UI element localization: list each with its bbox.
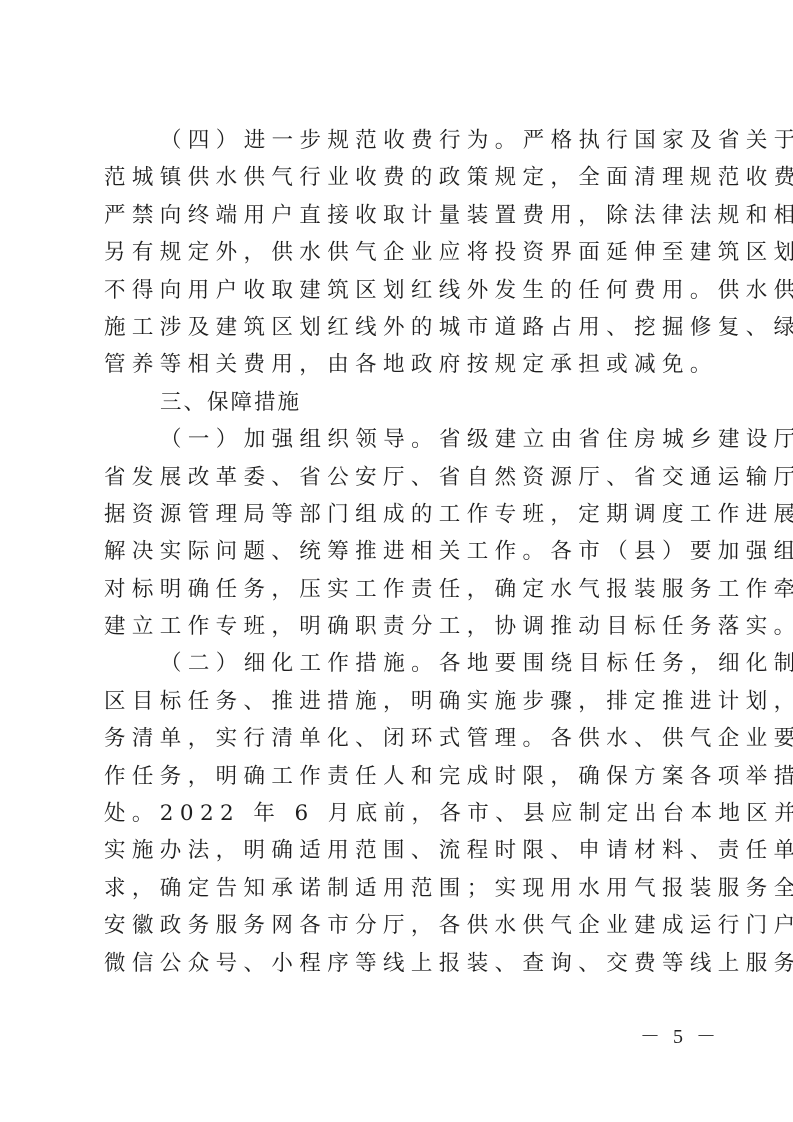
paragraph-line: 严禁向终端用户直接收取计量装置费用，除法律法规和相关政策 (104, 197, 694, 234)
paragraph-line: 不得向用户收取建筑区划红线外发生的任何费用。供水供气企业 (104, 272, 694, 309)
paragraph-one-organization-leadership: （一）加强组织领导。省级建立由省住房城乡建设厅牵头， 省发展改革委、省公安厅、省… (104, 421, 694, 645)
paragraph-line: 建立工作专班，明确职责分工，协调推动目标任务落实。 (104, 608, 694, 645)
paragraph-line: （一）加强组织领导。省级建立由省住房城乡建设厅牵头， (104, 421, 694, 458)
paragraph-line: 区目标任务、推进措施，明确实施步骤，排定推进计划，建立任 (104, 683, 694, 720)
paragraph-line: 另有规定外，供水供气企业应将投资界面延伸至建筑区划红线， (104, 234, 694, 271)
paragraph-line: 施工涉及建筑区划红线外的城市道路占用、挖掘修复、绿化迁移 (104, 309, 694, 346)
paragraph-line: 据资源管理局等部门组成的工作专班，定期调度工作进展、协调 (104, 496, 694, 533)
paragraph-line: 作任务，明确工作责任人和完成时限，确保方案各项举措落到实 (104, 758, 694, 795)
paragraph-line: （四）进一步规范收费行为。严格执行国家及省关于清理规 (104, 122, 694, 159)
paragraph-two-work-measures: （二）细化工作措施。各地要围绕目标任务，细化制定本地 区目标任务、推进措施，明确… (104, 645, 694, 982)
paragraph-line: 省发展改革委、省公安厅、省自然资源厅、省交通运输厅、省数 (104, 459, 694, 496)
paragraph-line: 处。2022 年 6 月底前，各市、县应制定出台本地区并联审批具体 (104, 795, 694, 832)
section-heading: 三、保障措施 (104, 384, 694, 421)
paragraph-line: 求，确定告知承诺制适用范围；实现用水用气报装服务全部上线 (104, 870, 694, 907)
document-body: （四）进一步规范收费行为。严格执行国家及省关于清理规 范城镇供水供气行业收费的政… (104, 122, 694, 982)
paragraph-line: 微信公众号、小程序等线上报装、查询、交费等线上服务平台。 (104, 945, 694, 982)
paragraph-line: 范城镇供水供气行业收费的政策规定，全面清理规范收费行为， (104, 159, 694, 196)
paragraph-line: 管养等相关费用，由各地政府按规定承担或减免。 (104, 346, 694, 383)
page-number: － 5 － (640, 1020, 720, 1049)
document-page: （四）进一步规范收费行为。严格执行国家及省关于清理规 范城镇供水供气行业收费的政… (0, 0, 793, 1122)
section-heading-safeguards: 三、保障措施 (104, 384, 694, 421)
paragraph-line: 解决实际问题、统筹推进相关工作。各市（县）要加强组织领导， (104, 533, 694, 570)
paragraph-line: （二）细化工作措施。各地要围绕目标任务，细化制定本地 (104, 645, 694, 682)
paragraph-line: 对标明确任务，压实工作责任，确定水气报装服务工作牵头部门， (104, 571, 694, 608)
paragraph-line: 安徽政务服务网各市分厅，各供水供气企业建成运行门户网站或 (104, 907, 694, 944)
paragraph-four-regulate-fees: （四）进一步规范收费行为。严格执行国家及省关于清理规 范城镇供水供气行业收费的政… (104, 122, 694, 384)
paragraph-line: 务清单，实行清单化、闭环式管理。各供水、供气企业要细化工 (104, 720, 694, 757)
paragraph-line: 实施办法，明确适用范围、流程时限、申请材料、责任单位等要 (104, 832, 694, 869)
